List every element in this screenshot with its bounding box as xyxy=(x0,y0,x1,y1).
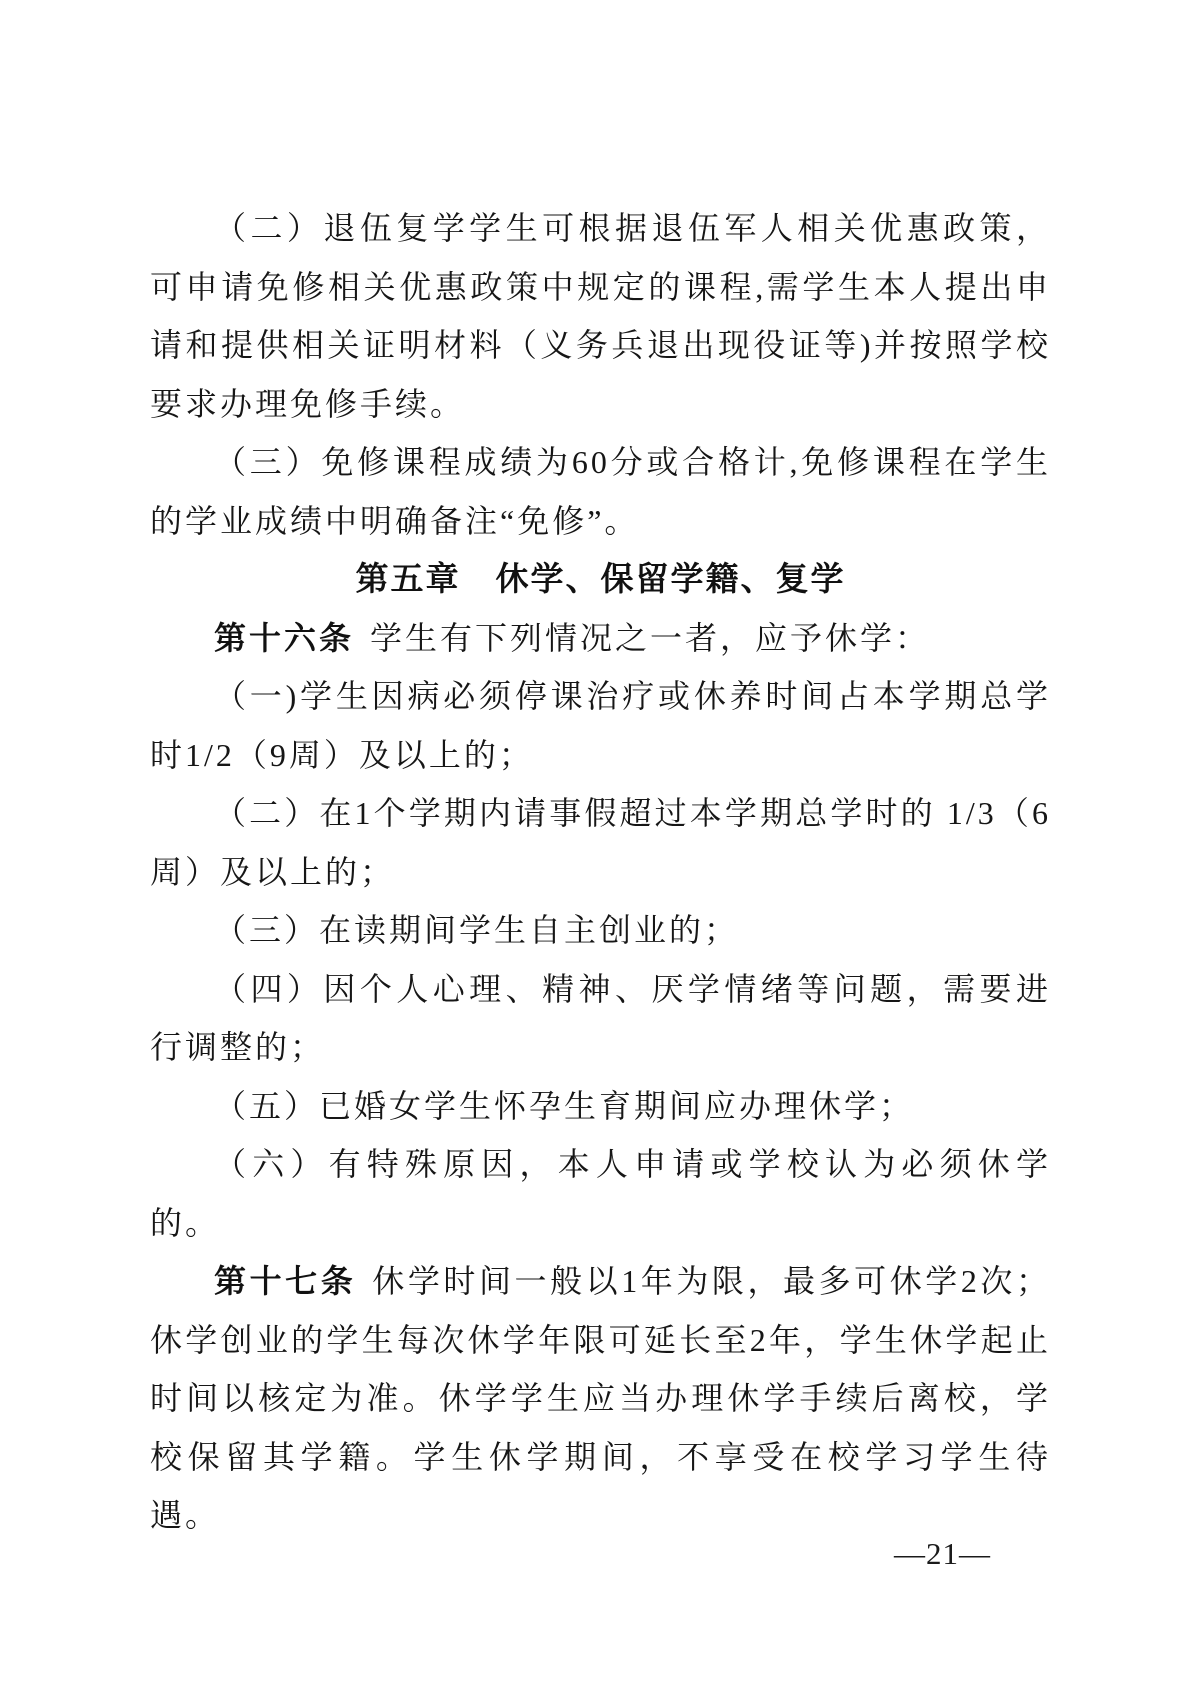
article-16-text: 学生有下列情况之一者，应予休学： xyxy=(370,620,930,656)
suspension-item-5: （五）已婚女学生怀孕生育期间应办理休学； xyxy=(150,1077,1051,1136)
chapter-5-heading: 第五章 休学、保留学籍、复学 xyxy=(150,550,1051,609)
suspension-item-1: （一)学生因病必须停课治疗或休养时间占本学期总学时1/2（9周）及以上的； xyxy=(150,667,1051,784)
document-body: （二）退伍复学学生可根据退伍军人相关优惠政策，可申请免修相关优惠政策中规定的课程… xyxy=(150,199,1051,1545)
page-number: —21— xyxy=(894,1534,991,1574)
article-17-text: 休学时间一般以1年为限，最多可休学2次；休学创业的学生每次休学年限可延长至2年，… xyxy=(150,1263,1051,1533)
article-16-label: 第十六条 xyxy=(214,620,370,656)
paragraph-article-16: 第十六条学生有下列情况之一者，应予休学： xyxy=(150,609,1051,668)
suspension-item-6: （六）有特殊原因，本人申请或学校认为必须休学的。 xyxy=(150,1135,1051,1252)
suspension-item-4: （四）因个人心理、精神、厌学情绪等问题，需要进行调整的； xyxy=(150,960,1051,1077)
document-page: （二）退伍复学学生可根据退伍军人相关优惠政策，可申请免修相关优惠政策中规定的课程… xyxy=(0,0,1191,1684)
paragraph-article-17: 第十七条休学时间一般以1年为限，最多可休学2次；休学创业的学生每次休学年限可延长… xyxy=(150,1252,1051,1545)
paragraph-exemption-item-2: （二）退伍复学学生可根据退伍军人相关优惠政策，可申请免修相关优惠政策中规定的课程… xyxy=(150,199,1051,433)
suspension-item-2: （二）在1个学期内请事假超过本学期总学时的 1/3（6周）及以上的； xyxy=(150,784,1051,901)
suspension-item-3: （三）在读期间学生自主创业的； xyxy=(150,901,1051,960)
paragraph-exemption-item-3: （三）免修课程成绩为60分或合格计,免修课程在学生的学业成绩中明确备注“免修”。 xyxy=(150,433,1051,550)
article-17-label: 第十七条 xyxy=(214,1263,372,1299)
